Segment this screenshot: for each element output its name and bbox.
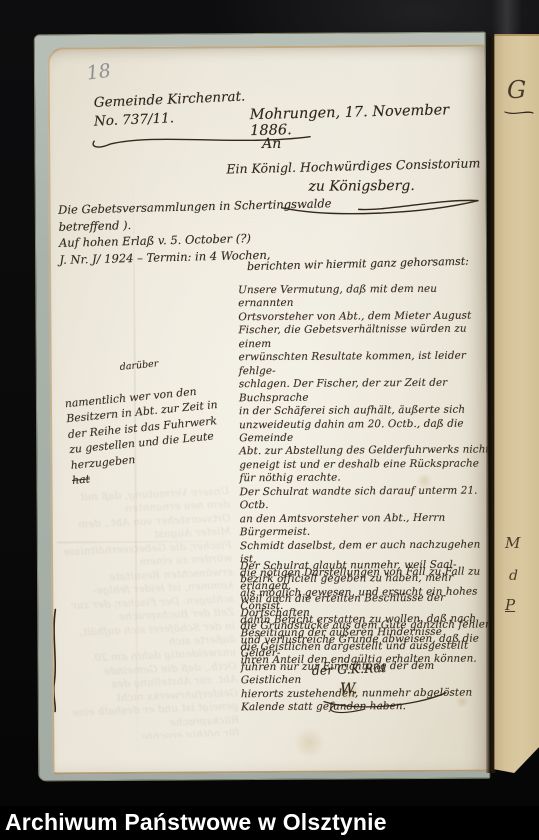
adjacent-page-mark-3: P: [505, 596, 515, 614]
subject-reference-block: Die Gebetsversammlungen in Schertingswal…: [58, 195, 333, 268]
adjacent-page-edge: G M d P: [494, 34, 539, 773]
margin-note-insertion: darüber: [119, 348, 242, 375]
adjacent-page-top-mark: G: [507, 76, 526, 104]
margin-note-struck-word: hat: [72, 472, 91, 487]
signature-flourish: [294, 675, 454, 716]
letter-header-line2: No. 737/11.: [94, 109, 175, 131]
body-closing-paragraph: Der Schulrat glaubt nunmehr, weil Saal- …: [240, 558, 489, 667]
address-an: An: [262, 136, 281, 152]
archive-caption-text: Archiwum Państwowe w Olsztynie: [5, 809, 387, 836]
letter-page: 18 Gemeinde Kirchenrat. No. 737/11. Mohr…: [47, 44, 489, 774]
adjacent-page-mark-1: M: [505, 534, 520, 552]
ink-bleed-through: Unsere Vermutung, daß mit dem neu ernann…: [54, 485, 239, 742]
margin-note-lines: namentlich wer von den Besitzern in Abt.…: [64, 384, 218, 471]
adjacent-top-mark-underline: [503, 108, 535, 118]
adjacent-page-mark-2: d: [509, 568, 518, 584]
margin-note: darüber namentlich wer von den Besitzern…: [60, 333, 252, 489]
archive-scan-photo: 18 Gemeinde Kirchenrat. No. 737/11. Mohr…: [0, 0, 539, 840]
archive-caption-bar: Archiwum Państwowe w Olsztynie: [0, 806, 539, 840]
address-koenigsberg: zu Königsberg.: [308, 178, 414, 195]
address-consistorium: Ein Königl. Hochwürdiges Consistorium: [226, 155, 480, 176]
pencil-page-number: 18: [85, 60, 112, 85]
dateline: Mohrungen, 17. November 1886.: [250, 101, 486, 139]
